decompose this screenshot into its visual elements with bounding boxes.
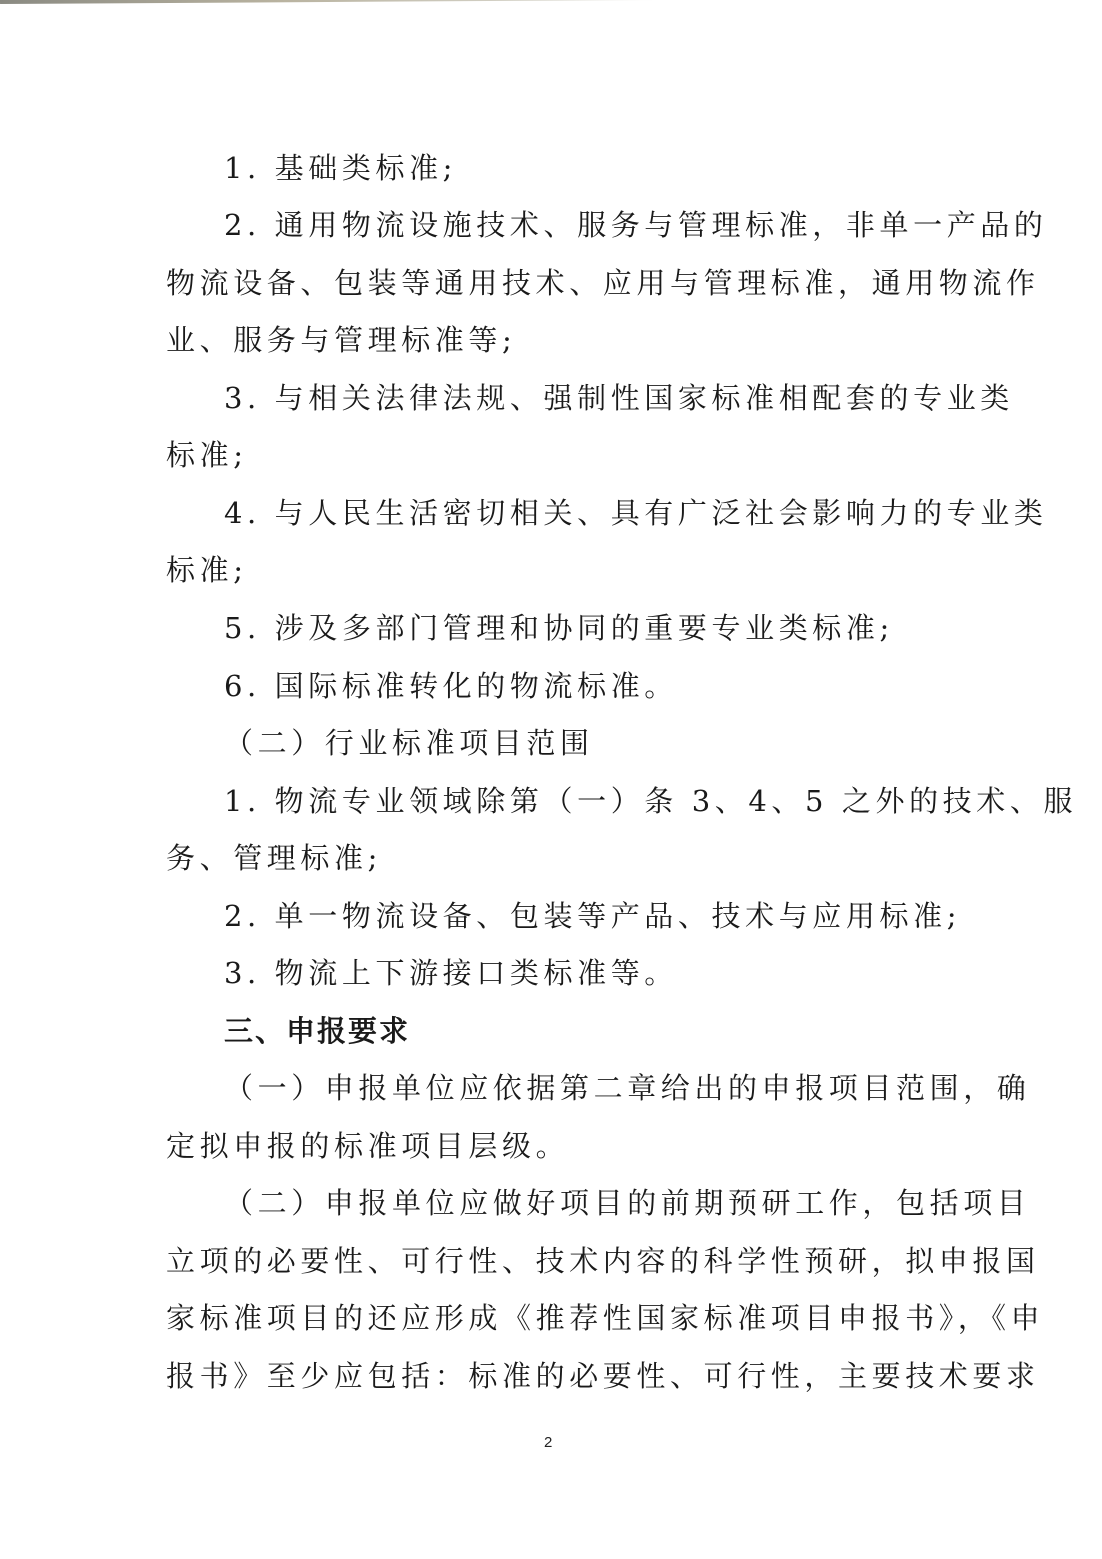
paragraph-requirement-1-line1: （一）申报单位应依据第二章给出的申报项目范围，确 [224, 1068, 1030, 1108]
scan-edge-artifact [0, 0, 700, 4]
list-item-international-standards: 6. 国际标准转化的物流标准。 [224, 666, 678, 706]
list-item-legal-standards-line1: 3. 与相关法律法规、强制性国家标准相配套的专业类 [224, 378, 1014, 418]
list-item-general-logistics-line3: 业、服务与管理标准等; [166, 320, 516, 360]
subsection-title-industry-standards: （二）行业标准项目范围 [224, 723, 594, 763]
paragraph-requirement-2-line1: （二）申报单位应做好项目的前期预研工作，包括项目 [224, 1183, 1030, 1223]
section-heading-application-requirements: 三、申报要求 [224, 1011, 410, 1051]
list-item-interface-standards: 3. 物流上下游接口类标准等。 [224, 953, 678, 993]
list-item-specialized-logistics-line1: 1. 物流专业领域除第（一）条 3、4、5 之外的技术、服 [224, 781, 1077, 821]
list-item-general-logistics-line2: 物流设备、包装等通用技术、应用与管理标准，通用物流作 [166, 263, 1040, 303]
list-item-legal-standards-line2: 标准; [166, 435, 248, 475]
list-item-basic-standards: 1. 基础类标准; [224, 148, 457, 188]
list-item-specialized-logistics-line2: 务、管理标准; [166, 838, 382, 878]
paragraph-requirement-2-line2: 立项的必要性、可行性、技术内容的科学性预研，拟申报国 [166, 1241, 1040, 1281]
paragraph-requirement-1-line2: 定拟申报的标准项目层级。 [166, 1126, 569, 1166]
page-number: 2 [544, 1434, 552, 1451]
list-item-single-equipment-standards: 2. 单一物流设备、包装等产品、技术与应用标准; [224, 896, 961, 936]
list-item-livelihood-standards-line1: 4. 与人民生活密切相关、具有广泛社会影响力的专业类 [224, 493, 1048, 533]
list-item-livelihood-standards-line2: 标准; [166, 550, 248, 590]
list-item-multi-department-standards: 5. 涉及多部门管理和协同的重要专业类标准; [224, 608, 894, 648]
paragraph-requirement-2-line4: 报书》至少应包括：标准的必要性、可行性，主要技术要求 [166, 1356, 1040, 1396]
paragraph-requirement-2-line3: 家标准项目的还应形成《推荐性国家标准项目申报书》，《申 [166, 1298, 1044, 1338]
list-item-general-logistics-line1: 2. 通用物流设施技术、服务与管理标准，非单一产品的 [224, 205, 1048, 245]
